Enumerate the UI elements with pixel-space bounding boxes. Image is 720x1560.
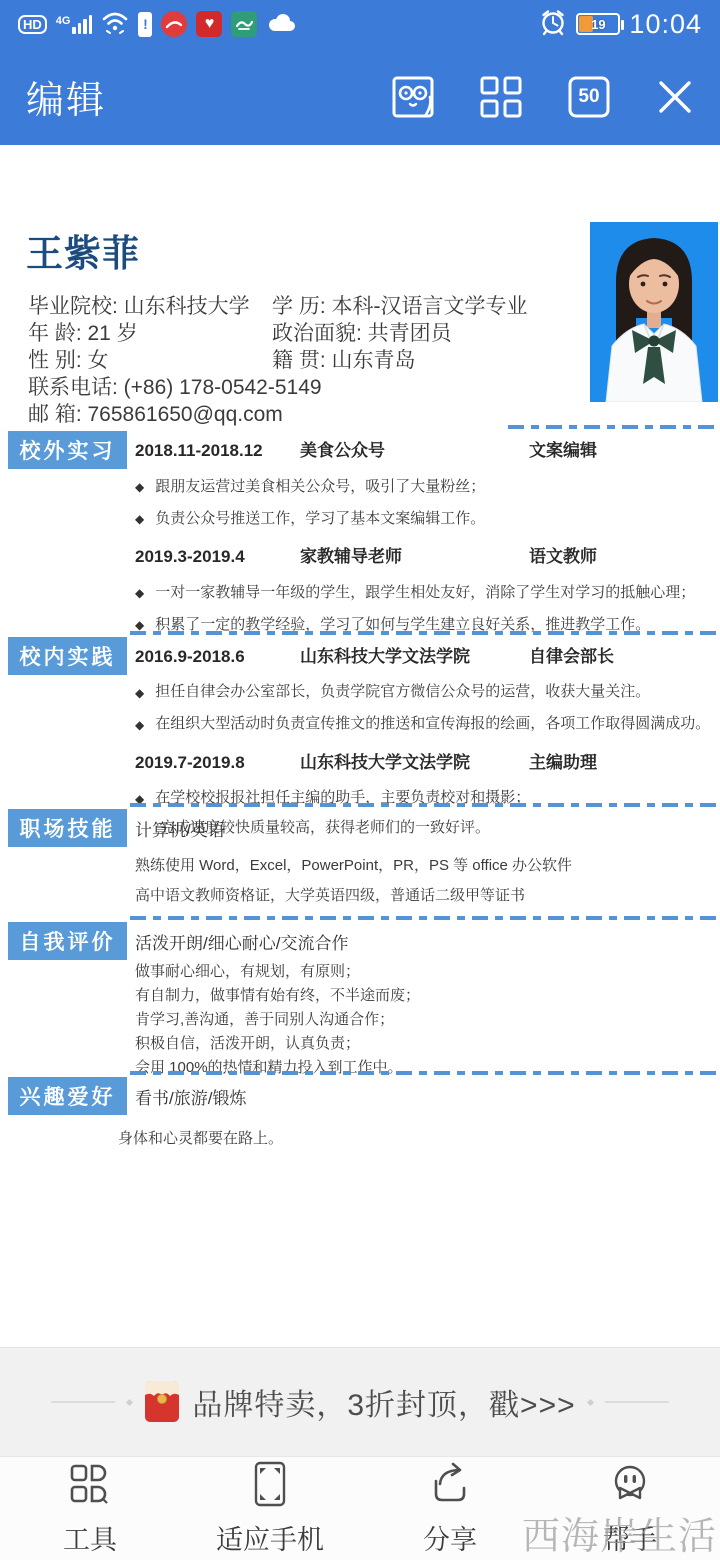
section-title-badge: 兴趣爱好 bbox=[8, 1077, 127, 1115]
red-packet-icon bbox=[144, 1377, 180, 1428]
mascot-image-icon[interactable] bbox=[392, 76, 434, 118]
page-count-value: 50 bbox=[578, 86, 599, 108]
section-line: 高中语文教师资格证，大学英语四级，普通话二级甲等证书 bbox=[135, 881, 714, 911]
resume-page[interactable]: 王紫菲 毕业院校: 山东科技大学年 龄: 21 岁性 别: 女联系电话: (+8… bbox=[0, 145, 720, 1347]
entry-role: 文案编辑 bbox=[529, 437, 714, 465]
bullet-line: ◆担任自律会办公室部长，负责学院官方微信公众号的运营，收获大量关注。 bbox=[135, 677, 714, 709]
ad-banner[interactable]: 品牌特卖，3折封顶，戳>>> bbox=[0, 1347, 720, 1456]
section-headline: 看书/旅游/锻炼 bbox=[135, 1083, 714, 1111]
diamond-bullet-icon: ◆ bbox=[135, 677, 144, 709]
section-title-badge: 自我评价 bbox=[8, 922, 127, 960]
resume-info-row: 籍 贯: 山东青岛 bbox=[272, 347, 528, 374]
nav-item-fit-phone[interactable]: 适应手机 bbox=[180, 1457, 360, 1560]
bottom-nav: 工具 适应手机 分享 帮手 bbox=[0, 1456, 720, 1560]
section-body: 看书/旅游/锻炼身体和心灵都要在路上。 bbox=[135, 1075, 720, 1151]
app-header: 编辑 50 bbox=[0, 48, 720, 145]
nav-label: 分享 bbox=[423, 1518, 477, 1557]
section-headline: 计算机/英语 bbox=[135, 815, 714, 843]
page-count-icon[interactable]: 50 bbox=[568, 76, 610, 118]
share-icon bbox=[427, 1461, 473, 1512]
bullet-text: 跟朋友运营过美食相关公众号，吸引了大量粉丝； bbox=[155, 471, 485, 503]
entry-organization: 美食公众号 bbox=[300, 437, 529, 465]
entry-bullets: ◆跟朋友运营过美食相关公众号，吸引了大量粉丝；◆负责公众号推送工作，学习了基本文… bbox=[135, 471, 714, 535]
section-body: 活泼开朗/细心耐心/交流合作做事耐心细心，有规划，有原则；有自制力，做事情有始有… bbox=[135, 920, 720, 1080]
id-photo bbox=[590, 222, 718, 402]
nav-item-tools[interactable]: 工具 bbox=[0, 1457, 180, 1560]
section-lines: 做事耐心细心，有规划，有原则；有自制力，做事情有始有终，不半途而废；肯学习,善沟… bbox=[135, 960, 714, 1080]
entry-organization: 山东科技大学文法学院 bbox=[300, 643, 529, 671]
experience-entry: 2016.9-2018.6山东科技大学文法学院自律会部长◆担任自律会办公室部长，… bbox=[135, 643, 714, 741]
battery-alert-icon: ! bbox=[138, 12, 152, 37]
status-time: 10:04 bbox=[629, 9, 702, 40]
resume-info-row: 邮 箱: 765861650@qq.com bbox=[28, 401, 322, 428]
bullet-text: 在组织大型活动时负责宣传推文的推送和宣传海报的绘画，各项工作取得圆满成功。 bbox=[155, 709, 710, 741]
resume-info-right: 学 历: 本科-汉语言文学专业政治面貌: 共青团员籍 贯: 山东青岛 bbox=[272, 293, 528, 374]
hd-icon: HD bbox=[18, 15, 47, 34]
ad-divider-dot bbox=[126, 1398, 133, 1405]
experience-entry-header: 2018.11-2018.12美食公众号文案编辑 bbox=[135, 437, 714, 465]
nav-item-share[interactable]: 分享 bbox=[360, 1457, 540, 1560]
ad-divider-line bbox=[51, 1401, 115, 1403]
section-body: 2018.11-2018.12美食公众号文案编辑◆跟朋友运营过美食相关公众号，吸… bbox=[135, 429, 720, 641]
section-line: 肯学习,善沟通，善于同别人沟通合作； bbox=[135, 1008, 714, 1032]
section-title-badge: 职场技能 bbox=[8, 809, 127, 847]
diamond-bullet-icon: ◆ bbox=[135, 503, 144, 535]
nav-label: 适应手机 bbox=[216, 1518, 324, 1557]
bullet-line: ◆在组织大型活动时负责宣传推文的推送和宣传海报的绘画，各项工作取得圆满成功。 bbox=[135, 709, 714, 741]
entry-bullets: ◆担任自律会办公室部长，负责学院官方微信公众号的运营，收获大量关注。◆在组织大型… bbox=[135, 677, 714, 741]
cloud-icon bbox=[266, 12, 296, 37]
status-bar: HD 4G ! ♥ bbox=[0, 0, 720, 48]
entry-role: 语文教师 bbox=[529, 543, 714, 571]
entry-date: 2016.9-2018.6 bbox=[135, 643, 300, 671]
app-green-icon bbox=[231, 11, 257, 37]
nav-label: 工具 bbox=[63, 1518, 117, 1557]
entry-organization: 家教辅导老师 bbox=[300, 543, 529, 571]
experience-entry-header: 2019.3-2019.4家教辅导老师语文教师 bbox=[135, 543, 714, 571]
tools-grid-icon bbox=[67, 1461, 113, 1512]
nav-label: 帮手 bbox=[603, 1518, 657, 1557]
fit-phone-icon bbox=[247, 1461, 293, 1512]
signal-4g-icon: 4G bbox=[56, 15, 93, 34]
entry-date: 2019.3-2019.4 bbox=[135, 543, 300, 571]
page-title: 编辑 bbox=[26, 69, 106, 124]
bullet-text: 一对一家教辅导一年级的学生，跟学生相处友好，消除了学生对学习的抵触心理； bbox=[155, 577, 695, 609]
section-line: 身体和心灵都要在路上。 bbox=[118, 1127, 714, 1151]
section-line: 有自制力，做事情有始有终，不半途而废； bbox=[135, 984, 714, 1008]
section-headline: 活泼开朗/细心耐心/交流合作 bbox=[135, 928, 714, 956]
section-title-badge: 校内实践 bbox=[8, 637, 127, 675]
section-line: 熟练使用 Word，Excel，PowerPoint，PR，PS 等 offic… bbox=[135, 851, 714, 881]
bullet-line: ◆跟朋友运营过美食相关公众号，吸引了大量粉丝； bbox=[135, 471, 714, 503]
template-grid-icon[interactable] bbox=[480, 76, 522, 118]
close-icon[interactable] bbox=[656, 78, 694, 116]
section-body: 计算机/英语熟练使用 Word，Excel，PowerPoint，PR，PS 等… bbox=[135, 807, 720, 911]
resume-section: 自我评价活泼开朗/细心耐心/交流合作做事耐心细心，有规划，有原则；有自制力，做事… bbox=[0, 916, 720, 1080]
bullet-text: 担任自律会办公室部长，负责学院官方微信公众号的运营，收获大量关注。 bbox=[155, 677, 650, 709]
app-red-heart-icon: ♥ bbox=[196, 11, 222, 37]
resume-section: 校外实习2018.11-2018.12美食公众号文案编辑◆跟朋友运营过美食相关公… bbox=[0, 425, 720, 641]
resume-info-row: 学 历: 本科-汉语言文学专业 bbox=[272, 293, 528, 320]
experience-entry: 2018.11-2018.12美食公众号文案编辑◆跟朋友运营过美食相关公众号，吸… bbox=[135, 437, 714, 535]
experience-entry-header: 2016.9-2018.6山东科技大学文法学院自律会部长 bbox=[135, 643, 714, 671]
section-title-badge: 校外实习 bbox=[8, 431, 127, 469]
bullet-text: 负责公众号推送工作，学习了基本文案编辑工作。 bbox=[155, 503, 485, 535]
resume-section: 职场技能计算机/英语熟练使用 Word，Excel，PowerPoint，PR，… bbox=[0, 803, 720, 911]
wifi-icon bbox=[101, 10, 129, 39]
entry-role: 主编助理 bbox=[529, 749, 714, 777]
battery-19-icon: 19 bbox=[576, 13, 620, 35]
ad-text: 品牌特卖，3折封顶，戳>>> bbox=[192, 1380, 575, 1424]
section-lines: 身体和心灵都要在路上。 bbox=[135, 1127, 714, 1151]
app-red-circle-icon bbox=[161, 11, 187, 37]
resume-name: 王紫菲 bbox=[26, 223, 140, 277]
nav-item-helper[interactable]: 帮手 bbox=[540, 1457, 720, 1560]
bullet-line: ◆一对一家教辅导一年级的学生，跟学生相处友好，消除了学生对学习的抵触心理； bbox=[135, 577, 714, 609]
helper-face-icon bbox=[607, 1461, 653, 1512]
diamond-bullet-icon: ◆ bbox=[135, 709, 144, 741]
entry-date: 2019.7-2019.8 bbox=[135, 749, 300, 777]
diamond-bullet-icon: ◆ bbox=[135, 471, 144, 503]
entry-organization: 山东科技大学文法学院 bbox=[300, 749, 529, 777]
ad-divider-line bbox=[605, 1401, 669, 1403]
ad-divider-dot bbox=[587, 1398, 594, 1405]
experience-entry-header: 2019.7-2019.8山东科技大学文法学院主编助理 bbox=[135, 749, 714, 777]
section-lines: 熟练使用 Word，Excel，PowerPoint，PR，PS 等 offic… bbox=[135, 851, 714, 911]
entry-role: 自律会部长 bbox=[529, 643, 714, 671]
resume-section: 兴趣爱好看书/旅游/锻炼身体和心灵都要在路上。 bbox=[0, 1071, 720, 1151]
bullet-line: ◆负责公众号推送工作，学习了基本文案编辑工作。 bbox=[135, 503, 714, 535]
experience-entry: 2019.3-2019.4家教辅导老师语文教师◆一对一家教辅导一年级的学生，跟学… bbox=[135, 543, 714, 641]
resume-info-row: 联系电话: (+86) 178-0542-5149 bbox=[28, 374, 322, 401]
alarm-clock-icon bbox=[539, 8, 567, 41]
diamond-bullet-icon: ◆ bbox=[135, 577, 144, 609]
section-line: 积极自信，活泼开朗，认真负责； bbox=[135, 1032, 714, 1056]
entry-date: 2018.11-2018.12 bbox=[135, 437, 300, 465]
resume-info-row: 政治面貌: 共青团员 bbox=[272, 320, 528, 347]
section-line: 做事耐心细心，有规划，有原则； bbox=[135, 960, 714, 984]
